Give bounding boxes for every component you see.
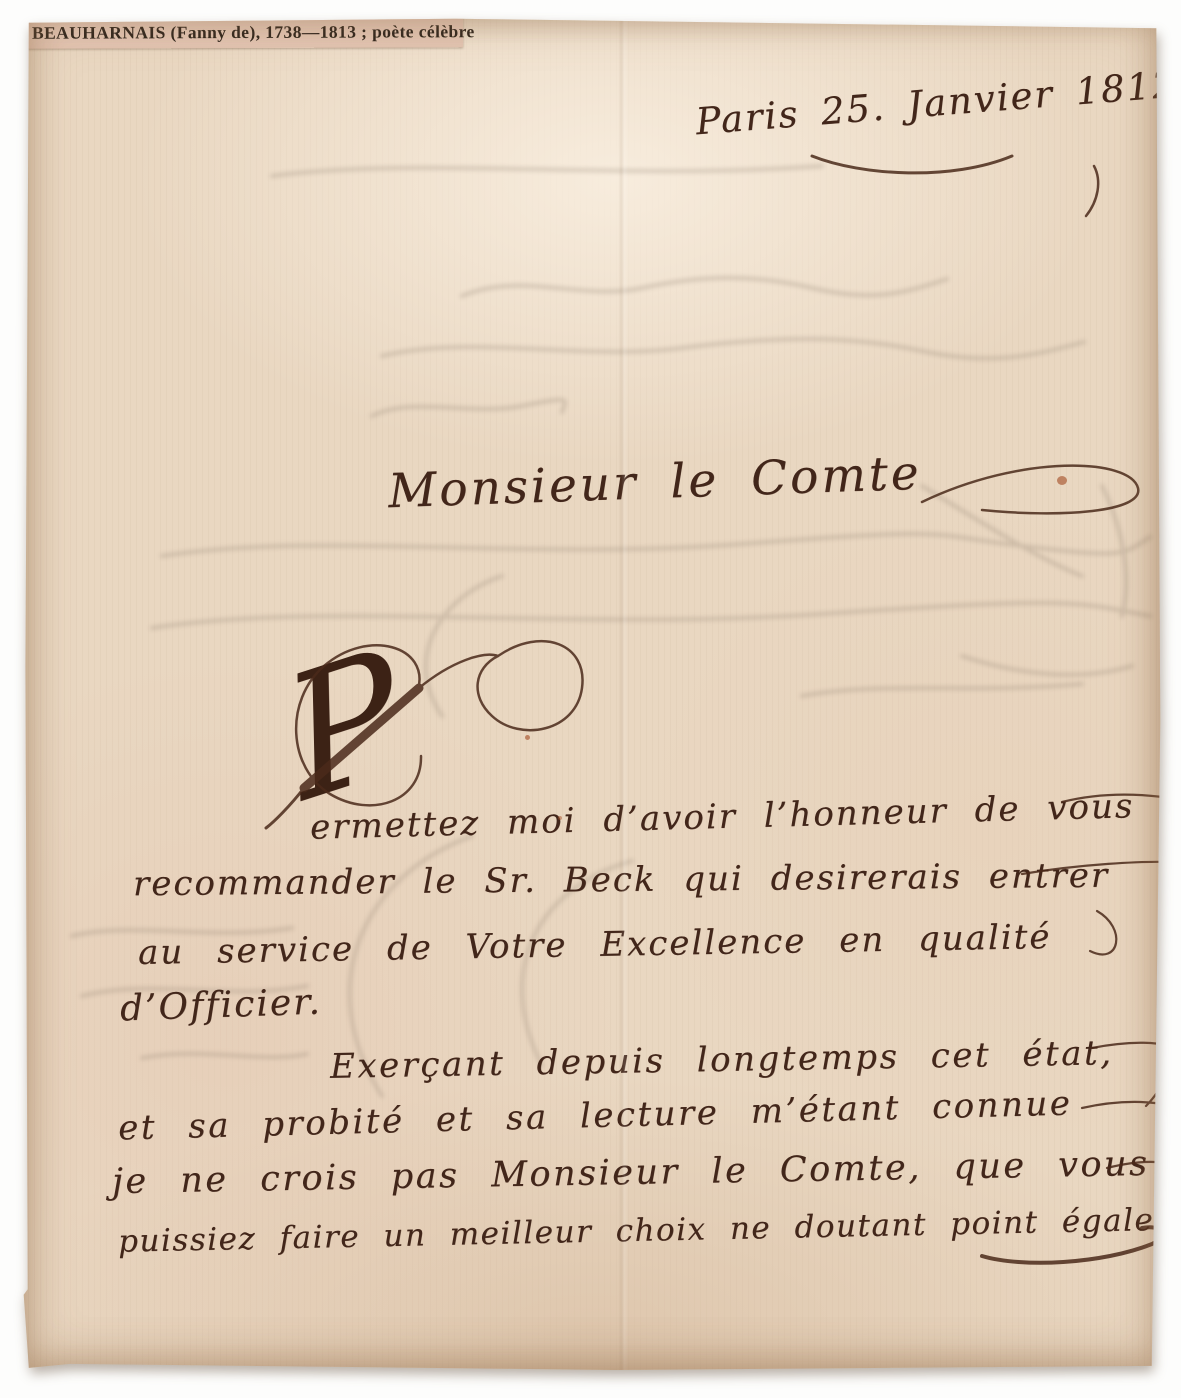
body-line-8: puissiez faire un meilleur choix ne dout… [118, 1200, 1181, 1260]
body-line-1: ermettez moi d’avoir l’honneur de vous [310, 786, 1135, 848]
dateline: Paris 25. Janvier 1812 ; [694, 60, 1181, 144]
scan-scene: BEAUHARNAIS (Fanny de), 1738—1813 ; poèt… [0, 0, 1181, 1398]
letter-page: BEAUHARNAIS (Fanny de), 1738—1813 ; poèt… [22, 16, 1162, 1372]
body-line-2: recommander le Sr. Beck qui desirerais e… [133, 856, 1109, 905]
salutation: Monsieur le Comte [387, 446, 922, 520]
foxing-spot [558, 816, 562, 820]
body-line-5: Exerçant depuis longtemps cet état, [330, 1033, 1114, 1087]
foxing-spot [525, 735, 530, 740]
body-line-4: d’Officier. [119, 981, 322, 1029]
catalog-label: BEAUHARNAIS (Fanny de), 1738—1813 ; poèt… [25, 16, 463, 49]
letter-page-wrapper: BEAUHARNAIS (Fanny de), 1738—1813 ; poèt… [0, 0, 1181, 1398]
body-line-3: au service de Votre Excellence en qualit… [138, 917, 1052, 973]
body-line-6: et sa probité et sa lecture m’étant conn… [118, 1084, 1073, 1149]
foxing-spot [1057, 476, 1067, 485]
drop-cap-initial: P [273, 626, 416, 826]
catalog-label-text: BEAUHARNAIS (Fanny de), 1738—1813 ; poèt… [32, 21, 475, 44]
body-line-7: je ne crois pas Monsieur le Comte, que v… [112, 1144, 1150, 1202]
scan-background: { "page": { "description": "Scanned auto… [0, 0, 1181, 1398]
